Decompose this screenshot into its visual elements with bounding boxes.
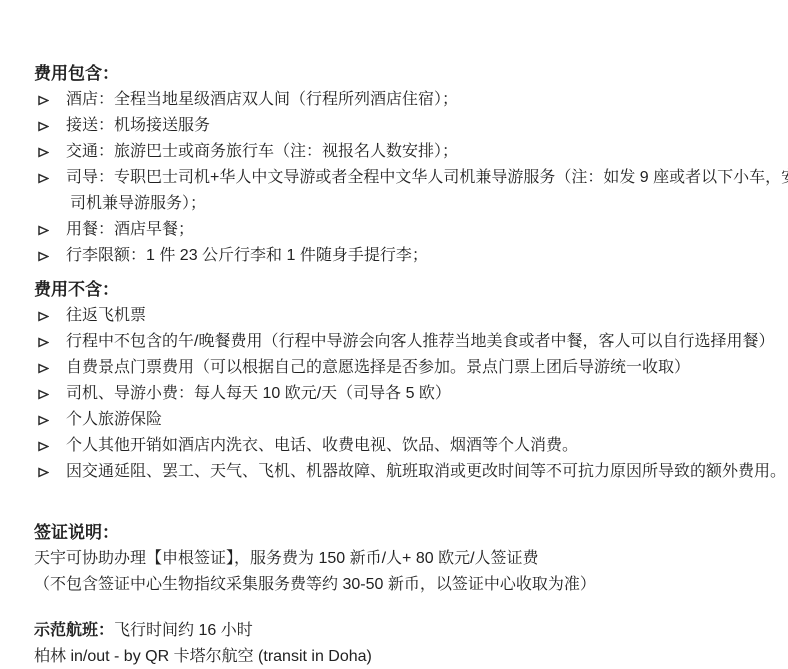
list-item-text: 自费景点门票费用（可以根据自己的意愿选择是否参加。景点门票上团后导游统一收取）	[66, 355, 690, 381]
list-item: 往返飞机票	[34, 303, 778, 329]
bullet-arrow-icon	[34, 337, 66, 348]
section-fees-included: 费用包含： 酒店：全程当地星级酒店双人间（行程所列酒店住宿）； 接送：机场接送服…	[34, 61, 778, 269]
sample-flights-line: 示范航班：飞行时间约 16 小时	[34, 618, 778, 644]
flight-route-text: 柏林 in/out - by QR 卡塔尔航空 (transit in Doha…	[34, 644, 778, 669]
list-item-text: 因交通延阻、罢工、天气、飞机、机器故障、航班取消或更改时间等不可抗力原因所导致的…	[66, 459, 786, 485]
bullet-arrow-icon	[34, 95, 66, 106]
flight-duration-text: 飞行时间约 16 小时	[114, 622, 253, 639]
document-page: 费用包含： 酒店：全程当地星级酒店双人间（行程所列酒店住宿）； 接送：机场接送服…	[0, 0, 788, 669]
list-item: 个人其他开销如酒店内洗衣、电话、收费电视、饮品、烟酒等个人消费。	[34, 433, 778, 459]
list-item: 用餐：酒店早餐；	[34, 217, 778, 243]
list-item: 行程中不包含的午/晚餐费用（行程中导游会向客人推荐当地美食或者中餐，客人可以自行…	[34, 329, 778, 355]
fees-excluded-title: 费用不含：	[34, 277, 778, 303]
list-item-text: 用餐：酒店早餐；	[66, 217, 194, 243]
list-item-text: 行程中不包含的午/晚餐费用（行程中导游会向客人推荐当地美食或者中餐，客人可以自行…	[66, 329, 774, 355]
list-item: 因交通延阻、罢工、天气、飞机、机器故障、航班取消或更改时间等不可抗力原因所导致的…	[34, 459, 778, 485]
bullet-arrow-icon	[34, 441, 66, 452]
list-item-text: 往返飞机票	[66, 303, 146, 329]
list-item: 交通：旅游巴士或商务旅行车（注：视报名人数安排）；	[34, 139, 778, 165]
document-background: { "document": { "text_color": "#212121",…	[0, 0, 788, 669]
list-item-text: 接送：机场接送服务	[66, 113, 210, 139]
list-item-text: 个人旅游保险	[66, 407, 162, 433]
section-fees-excluded: 费用不含： 往返飞机票 行程中不包含的午/晚餐费用（行程中导游会向客人推荐当地美…	[34, 277, 778, 485]
bullet-arrow-icon	[34, 311, 66, 322]
section-sample-flights: 示范航班：飞行时间约 16 小时 柏林 in/out - by QR 卡塔尔航空…	[34, 618, 778, 669]
bullet-arrow-icon	[34, 389, 66, 400]
list-item-text: 司导：专职巴士司机+华人中文导游或者全程中文华人司机兼导游服务（注：如发 9 座…	[66, 165, 788, 191]
list-item-text: 司机、导游小费：每人每天 10 欧元/天（司导各 5 欧）	[66, 381, 451, 407]
visa-service-fee-text: 天宇可协助办理【申根签证】，服务费为 150 新币/人+ 80 欧元/人签证费	[34, 546, 778, 572]
list-item-continuation: 司机兼导游服务）；	[34, 191, 778, 217]
bullet-arrow-icon	[34, 147, 66, 158]
list-item: 司机、导游小费：每人每天 10 欧元/天（司导各 5 欧）	[34, 381, 778, 407]
visa-notes-title: 签证说明：	[34, 520, 778, 546]
bullet-arrow-icon	[34, 173, 66, 184]
list-item-text: 交通：旅游巴士或商务旅行车（注：视报名人数安排）；	[66, 139, 458, 165]
list-item: 个人旅游保险	[34, 407, 778, 433]
list-item: 酒店：全程当地星级酒店双人间（行程所列酒店住宿）；	[34, 87, 778, 113]
bullet-arrow-icon	[34, 415, 66, 426]
list-item: 行李限额：1 件 23 公斤行李和 1 件随身手提行李；	[34, 243, 778, 269]
list-item-text: 司机兼导游服务）；	[70, 191, 206, 217]
bullet-arrow-icon	[34, 467, 66, 478]
visa-biometrics-note-text: （不包含签证中心生物指纹采集服务费等约 30-50 新币，以签证中心收取为准）	[34, 572, 778, 598]
bullet-arrow-icon	[34, 251, 66, 262]
list-item: 自费景点门票费用（可以根据自己的意愿选择是否参加。景点门票上团后导游统一收取）	[34, 355, 778, 381]
list-item-text: 行李限额：1 件 23 公斤行李和 1 件随身手提行李；	[66, 243, 428, 269]
fees-included-title: 费用包含：	[34, 61, 778, 87]
bullet-arrow-icon	[34, 121, 66, 132]
sample-flights-label: 示范航班：	[34, 622, 114, 639]
bullet-arrow-icon	[34, 363, 66, 374]
list-item: 接送：机场接送服务	[34, 113, 778, 139]
list-item: 司导：专职巴士司机+华人中文导游或者全程中文华人司机兼导游服务（注：如发 9 座…	[34, 165, 778, 191]
bullet-arrow-icon	[34, 225, 66, 236]
list-item-text: 酒店：全程当地星级酒店双人间（行程所列酒店住宿）；	[66, 87, 458, 113]
list-item-text: 个人其他开销如酒店内洗衣、电话、收费电视、饮品、烟酒等个人消费。	[66, 433, 578, 459]
section-visa-notes: 签证说明： 天宇可协助办理【申根签证】，服务费为 150 新币/人+ 80 欧元…	[34, 520, 778, 598]
